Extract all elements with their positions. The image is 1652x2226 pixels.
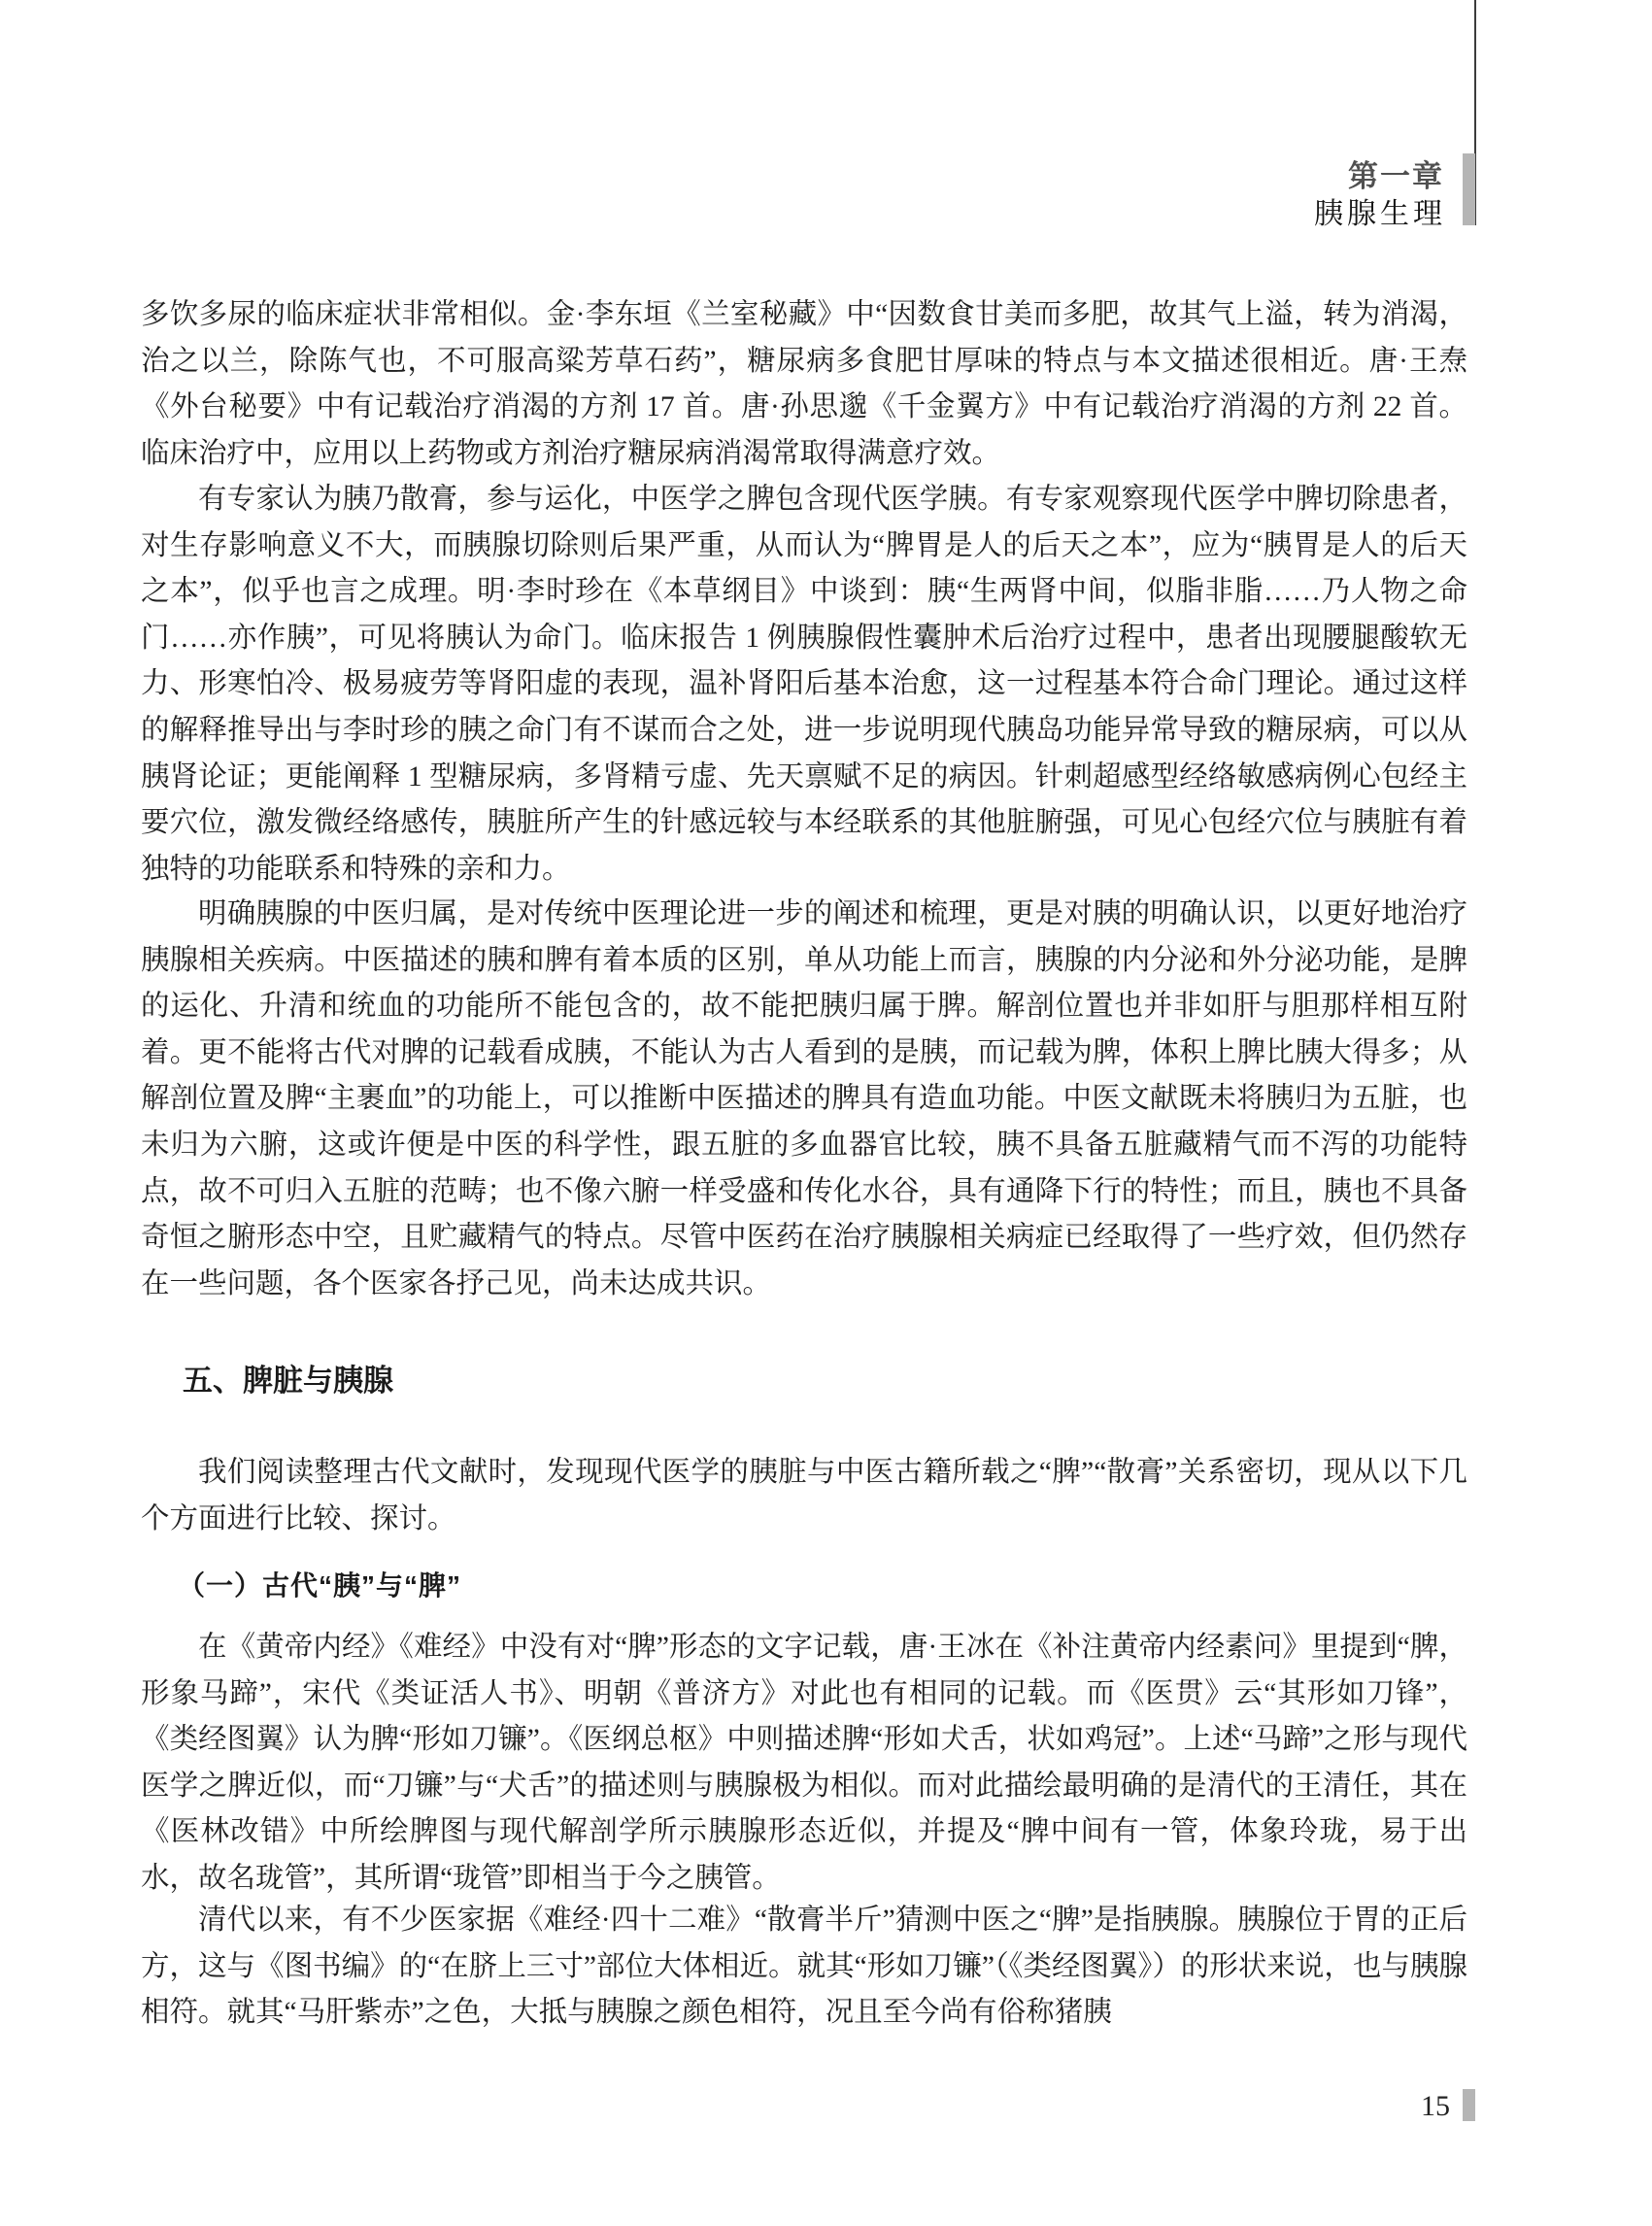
footer-accent-bar — [1463, 2089, 1475, 2121]
subsection-heading: （一）古代“胰”与“脾” — [178, 1565, 461, 1603]
body-paragraph: 明确胰腺的中医归属，是对传统中医理论进一步的阐述和梳理，更是对胰的明确认识，以更… — [141, 892, 1467, 1307]
body-paragraph: 我们阅读整理古代文献时，发现现代医学的胰脏与中医古籍所载之“脾”“散膏”关系密切… — [141, 1450, 1467, 1542]
chapter-title: 胰腺生理 — [1314, 189, 1446, 232]
book-page: 第一章 胰腺生理 多饮多尿的临床症状非常相似。金·李东垣《兰室秘藏》中“因数食甘… — [0, 0, 1652, 2226]
body-paragraph: 有专家认为胰乃散膏，参与运化，中医学之脾包含现代医学胰。有专家观察现代医学中脾切… — [141, 477, 1467, 893]
body-paragraph: 多饮多尿的临床症状非常相似。金·李东垣《兰室秘藏》中“因数食甘美而多肥，故其气上… — [141, 292, 1467, 477]
header-accent-bar — [1463, 153, 1475, 225]
page-number: 15 — [1421, 2090, 1450, 2123]
body-paragraph: 在《黄帝内经》《难经》中没有对“脾”形态的文字记载，唐·王冰在《补注黄帝内经素问… — [141, 1625, 1467, 1903]
section-heading: 五、脾脏与胰腺 — [183, 1356, 393, 1400]
body-paragraph: 清代以来，有不少医家据《难经·四十二难》“散膏半斤”猜测中医之“脾”是指胰腺。胰… — [141, 1898, 1467, 2037]
